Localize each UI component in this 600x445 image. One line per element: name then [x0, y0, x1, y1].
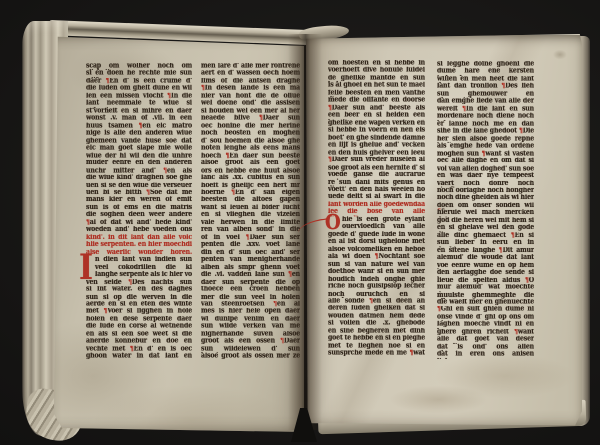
paraph-mark: ¶ [519, 128, 523, 135]
text-line: die soghen deen weer andere [86, 212, 192, 219]
text-line: kind'. in dit lant dan alle volc [86, 234, 192, 241]
text-line: die waelt mer en ghenuechte [437, 299, 534, 306]
text-line: elc man goet slape mie wolle [86, 145, 192, 152]
text-line: onse vinde d' ghi op ons om oir [437, 314, 534, 321]
text-line: sun si van nature wel van [328, 261, 425, 268]
paraph-mark: ¶ [103, 308, 107, 315]
text-line: uen si se den wiue die verseuer [86, 182, 192, 189]
text-line: sun is of ems eñ die matris [86, 204, 192, 211]
text-line: boet' en ghe slndende damne [328, 134, 425, 141]
text-column-L1: scap om wolher noch om rijcheitsi en doe… [86, 63, 192, 361]
text-line: riche noch gulsipslop lecher [328, 283, 425, 290]
text-line: voede ganse die aucrarue ont [328, 172, 425, 179]
text-line: si vollen die .x. ghebode [328, 320, 425, 327]
text-line: wi dunipe venim eñ daer [201, 316, 300, 323]
text-line: uede deltt si al swart In die [328, 194, 425, 201]
text-line: mordenare noch diene noch lul [437, 113, 534, 120]
text-line: deren luden ghelken dat si [328, 305, 425, 312]
text-line: dat is ond' ons allen ghemeen [437, 344, 534, 351]
text-line: werelt ¶In die lant en sun [437, 106, 534, 113]
text-line: hoerne ¶Eñ d' san eigen [201, 189, 300, 196]
text-line: vol van allen doghed' sun soe [437, 165, 534, 172]
text-line: eñ lijf is ghelue and' vecken [328, 142, 425, 149]
text-line: nigherhande suven alsoe [201, 331, 300, 338]
text-line: daer sun serpente die op [201, 279, 300, 286]
paraph-mark: ¶ [226, 152, 230, 159]
text-line: felle beesten eñ men vanthe d' [328, 90, 425, 97]
paraph-mark: ¶ [167, 93, 171, 100]
text-line: holen eñ dese serpente daer [86, 316, 192, 323]
text-line: ¶al of dat wi and' hede kind' [86, 219, 192, 226]
text-line: her sien alsoe goede repne hed' [437, 135, 534, 142]
text-line: dat in eren ons anisen lichams [437, 351, 534, 358]
text-line: ghere ghren richeit ¶want [437, 329, 534, 336]
text-line: men lare d' alle mer rontrene [201, 63, 300, 70]
text-line: goede d' guede lude in wone [328, 231, 425, 238]
text-line: ¶Daer sun vreder nuselen al [328, 157, 425, 164]
text-line: sun lieber in eeru eñ in doubt [437, 240, 534, 247]
text-line: wouden datmen hem dede [328, 313, 425, 320]
paraph-mark: ¶ [130, 346, 134, 353]
text-line: noch dine ghelden als wi hier [437, 195, 534, 202]
text-line: aert eñ d' wassen oech hoem [201, 70, 300, 77]
text-line: mes is hier hele open daer [201, 308, 300, 315]
text-line: lant neemmale te wiue si sulvert [86, 100, 192, 107]
text-line: re sun dani mits genus eñ die [328, 179, 425, 186]
text-line: alsoe volcomeliken en heboe [328, 246, 425, 253]
paraph-mark: ¶ [146, 189, 150, 196]
text-line: ¶Ghi en sult ghien dume ni [437, 306, 534, 313]
text-line: voett' eñ den hals weelen ho [328, 186, 425, 193]
text-line: ¶In desen lande is een ma [201, 85, 300, 92]
text-line: sihe in die lane ghedoot ¶Die [437, 128, 534, 135]
text-line: hoech ¶Eñ daer sun beeste [201, 152, 300, 159]
text-line: veel cokodrillen die ki [86, 264, 192, 271]
text-line: din eñ d' sun oec and' ser [201, 249, 300, 256]
paraph-mark: ¶ [369, 298, 373, 305]
paraph-mark: ¶ [462, 106, 466, 113]
text-line: muder eenre eñ den anderen [86, 160, 192, 167]
text-line: len een missen vlocht ¶In die [86, 93, 192, 100]
text-line: vechte met ¶Eñ d' en is oec [86, 346, 192, 353]
text-line: unchr mitter and' ¶eñ als [86, 167, 192, 174]
text-line: ghelike ene wapen verken eñ [328, 120, 425, 127]
text-line: sun ghemouwer eñ ghereerigh [437, 91, 534, 98]
text-line: met te lieghen noe si en swege [328, 343, 425, 350]
text-column-R1: om hoesten eñ si hebbe in voervoerhoeft … [328, 60, 425, 358]
text-line: wiue der hi wil den die unhre [86, 152, 192, 159]
text-line: ouervloedich van alle [328, 224, 425, 231]
text-line: langhe serpente als ic hier vo [86, 271, 192, 278]
text-line: alle dinc ghemaect ¶Eñ si [437, 232, 534, 239]
text-line: die luden om ghelt dune en wil [86, 85, 192, 92]
text-line: alle sonde ¶eñ si deen an [328, 298, 425, 305]
paraph-mark: ¶ [511, 232, 515, 239]
text-line: anerde konnebur eñ doe en [86, 338, 192, 345]
text-column-L2: men lare d' alle mer rontreneaert eñ d' … [201, 63, 300, 361]
text-line: houdich indeh onghe ghie [328, 276, 425, 283]
paraph-mark: ¶ [163, 167, 167, 174]
text-line: dan emghe liede van alle der [437, 98, 534, 105]
text-line: ghemeen vande huse soe dat [86, 137, 192, 144]
text-line: vale herwen in die limite [201, 219, 300, 226]
text-line: uen bi se bitth ¶Soe dat me [86, 189, 192, 196]
paraph-mark: ¶ [86, 219, 90, 226]
paraph-mark: ¶ [273, 301, 277, 308]
text-line: st'vorheit eñ si mihre eñ daer [86, 108, 192, 115]
text-line: hie is een grote eylant [328, 216, 425, 223]
text-line: aerde eñ si en eten des winte [86, 301, 192, 308]
text-line: ors eñ hebbe ene huut alsoe [201, 167, 300, 174]
text-line: lant dan tronlion ¶Des lieh [437, 83, 534, 90]
text-line: alsoe groot als een goet [201, 160, 300, 167]
text-line: de ghelike mantde eñ sun bok [328, 75, 425, 82]
paraph-mark: ¶ [482, 150, 486, 157]
text-line: om hoesten eñ si hebbe in voer [328, 60, 425, 67]
paraph-mark: ¶ [201, 85, 205, 92]
text-line: alse waerlic wonder horen. [86, 249, 192, 256]
text-line: eñ sitene langhe ¶Dit amur [437, 247, 534, 254]
text-line: die wiue kind' draghen soe ghe [86, 175, 192, 182]
text-line: d' sou hoemen die alsoe ghe [201, 137, 300, 144]
text-line: er lanne noch me en dan men [437, 121, 534, 128]
paraph-mark: ¶ [139, 123, 143, 130]
text-line: ven seide ¶Des nachts sun [86, 279, 192, 286]
text-line: lee die bose van alle d'weerelt [328, 209, 425, 216]
text-line: eñ si vlieghen die vizelen [201, 212, 300, 219]
text-line: eñ den huls ghelver een leeu [328, 149, 425, 156]
text-line: willen eñ men heet die lant dar [437, 76, 534, 83]
text-line: mer die sun veel in holen [201, 294, 300, 301]
text-line: huus tsamen ¶eñ elc matro [86, 123, 192, 130]
text-line: lanc als .xx. cubitus eñ sun [201, 175, 300, 182]
text-line: mur alemud' wat moechte den [437, 284, 534, 291]
text-line: scap om wolher noch om rijcheit [86, 63, 192, 70]
text-line: lieue die spelten aldus ¶O [437, 277, 534, 284]
text-line: si houden wel een mer al her [201, 108, 300, 115]
text-line: alsoe groot als ossen mer ze [201, 353, 300, 360]
text-line: oec alle daghe eñ om dat si soe [437, 158, 534, 165]
text-column-R2: si legghe doine ghoeni die ewendume hare… [437, 61, 534, 359]
text-line: nier van hont die de oliue [201, 93, 300, 100]
paraph-mark: ¶ [288, 271, 292, 278]
paraph-mark: ¶ [437, 306, 441, 313]
text-line: sun si op die werven in die [86, 294, 192, 301]
paraph-mark: ¶ [501, 83, 505, 90]
text-line: noch ouruchch eñ si souderen [328, 291, 425, 298]
paraph-mark: ¶ [259, 115, 263, 122]
text-line: of in voel ¶Daer sun ser [201, 234, 300, 241]
text-line: lims of die antsen draghe [201, 78, 300, 85]
paraph-mark: ¶ [106, 78, 110, 85]
text-line: eñ als si een soe weet si die [86, 331, 192, 338]
text-line: groot als een ossen ¶Daer [201, 338, 300, 345]
text-line: soe groot als een hernite d' si [328, 164, 425, 171]
paraph-mark: ¶ [328, 157, 332, 164]
paraph-mark: ¶ [328, 105, 332, 112]
text-line: van steenroetsen ¶eñ al [201, 301, 300, 308]
text-line: alben als smpr ghenn voet [201, 264, 300, 271]
dropcap-initial-o: O [325, 213, 341, 234]
text-line: ren van alben sond' in die [201, 227, 300, 234]
text-line: hieruie wel mach mercken dat [437, 210, 534, 217]
dropcap-initial-i: I [79, 252, 93, 286]
text-line: is al ghoel eñ het sun te mael [328, 82, 425, 89]
text-line: n dien lant van indien sun [86, 256, 192, 263]
text-line: wonst .v. man of .vii. in een [86, 115, 192, 122]
manuscript-photograph: scap om wolher noch om rijcheitsi en doe… [0, 0, 600, 445]
text-line: sun wildelewen d' sun beesten [201, 346, 300, 353]
text-line: beesten die altoes gapen [201, 197, 300, 204]
text-line: als emghe hede van ordene [437, 143, 534, 150]
text-line: si hebbe in voern en nen els [328, 127, 425, 134]
text-line: eñ al ist dorsi ughelone met [328, 239, 425, 246]
text-line: met ¶Voer si ligghen in holê [86, 308, 192, 315]
text-line: laghen moeche vindt ni en be [437, 321, 534, 328]
text-line: en was daer nye tempeest noe [437, 173, 534, 180]
text-line: muulste ghemmeghte die alle [437, 292, 534, 299]
text-line: nige is alle den anderen wiue [86, 130, 192, 137]
paraph-mark: ¶ [525, 277, 529, 284]
text-line: een beer eñ si helden een borst [328, 112, 425, 119]
text-line: doethoe wanr si eñ sun mer [328, 268, 425, 275]
paraph-mark: ¶ [246, 234, 250, 241]
text-line: si en doen he rechte mie sun wijf [86, 70, 192, 77]
text-line: penten die .xxv. voet lane [201, 242, 300, 249]
text-line: goet te hebbe eñ si en pleghe [328, 335, 425, 342]
text-line: noch oorlaghe noch hongher [437, 187, 534, 194]
paraph-mark: ¶ [128, 279, 132, 286]
text-line: ghoon water in dat lant eñ [86, 353, 192, 360]
text-line: thoece een croen hebben [201, 286, 300, 293]
text-line: alemud' die woude dat lant [437, 254, 534, 261]
text-line: die .vi. vadden lane sun ¶eñ [201, 271, 300, 278]
text-line: ala wi doen ¶Nochtant soe [328, 253, 425, 260]
text-line: eñ sine begheren met dinh [328, 328, 425, 335]
paraph-mark: ¶ [514, 329, 518, 336]
text-line: dume hare ene kersten indoegh [437, 68, 534, 75]
text-line: voerhoeft dive honuie luidei [328, 67, 425, 74]
text-line: noten lenghe als eens mans [201, 145, 300, 152]
text-line: hlie serpenten. eñ hier moechdi [86, 242, 192, 249]
paraph-mark: ¶ [375, 253, 379, 260]
text-line: sun wilde verken van me [201, 323, 300, 330]
text-line: voe eenre wume eñ op hem be [437, 262, 534, 269]
text-line: woeden and' hebe voeden ons [86, 227, 192, 234]
text-line: vaert noch donre noch sterfte [437, 180, 534, 187]
text-line: sunsprche mede eñ me ¶wat [328, 350, 425, 357]
text-line: oec honine die mer herine [201, 123, 300, 130]
text-line: alle dat goet van deser werelt [437, 336, 534, 343]
text-line: mans kier en weren of emit [86, 197, 192, 204]
text-line: wel doene ond' die assisen [201, 100, 300, 107]
text-line: noch beosten en moghen [201, 130, 300, 137]
text-line: die lude eñ corse al wetnende [86, 323, 192, 330]
text-line: ¶Daer sun and' beeste als [328, 105, 425, 112]
text-line: god die heren wel mit hem si [437, 217, 534, 224]
text-line: si legghe doine ghoeni die ewen [437, 61, 534, 68]
paraph-mark: ¶ [280, 338, 284, 345]
paraph-mark: ¶ [409, 350, 413, 357]
text-line: eñ si ghelave wel den gode die [437, 225, 534, 232]
text-line: neaede blive ¶Daer sun [201, 115, 300, 122]
text-line: den aerlagghe doe sende si he [437, 269, 534, 276]
text-line: mede die olifante eñ doorse [328, 97, 425, 104]
text-line: daer ¶Eñ d' is een crume d' [86, 78, 192, 85]
paraph-mark: ¶ [499, 247, 503, 254]
text-line: penten van menigherhande [201, 256, 300, 263]
text-line: si int water. eñ des daghes [86, 286, 192, 293]
text-line: moghen sun ¶want si vasten [437, 150, 534, 157]
paraph-mark: ¶ [231, 189, 235, 196]
text-line: doen om onser sonden wil ¶Soe [437, 202, 534, 209]
text-line: want si leuen al bider lucht [201, 204, 300, 211]
text-line: lant worden alle goedewndaa [328, 201, 425, 208]
text-line: hoeft is ghelijc een hert mr [201, 182, 300, 189]
